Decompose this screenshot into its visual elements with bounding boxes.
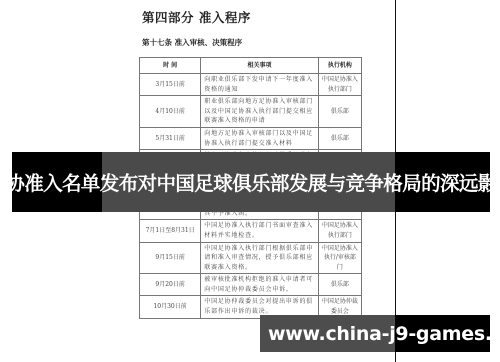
table-row: 7月1日至8月31日 中国足协准入执行部门书面审查准入材料并实地检查。 中国足协…	[140, 220, 362, 242]
part-title: 第四部分 准入程序	[142, 8, 251, 26]
table-row: 9月15日前 中国足协准入执行部门根据俱乐部申请和准入审查情况，授予俱乐部相应联…	[140, 242, 362, 274]
table-row: 5月31日前 向地方足协准入审核部门以及中国足协准入执行部门提交准入材料 俱乐部	[140, 127, 362, 149]
cell-agency: 中国足协准入执行部门	[318, 220, 361, 242]
watermark-url: www.china-j9-games.com	[268, 315, 500, 352]
cell-time: 9月15日前	[140, 242, 201, 274]
cell-matter: 被审核批准机构拒绝的准入申请者可向中国足协仲裁委员会申诉。	[201, 274, 319, 296]
cell-time: 4月10日前	[140, 96, 201, 128]
cell-time: 9月20日前	[140, 274, 201, 296]
table-row: 9月20日前 被审核批准机构拒绝的准入申请者可向中国足协仲裁委员会申诉。 俱乐部	[140, 274, 362, 296]
cell-matter: 职业俱乐部向地方足协准入审核部门以及中国足协准入执行部门提交相应联赛准入资格的申…	[201, 96, 319, 128]
cell-agency: 俱乐部	[318, 96, 361, 128]
cell-time: 5月31日前	[140, 127, 201, 149]
cell-matter: 中国足协准入执行部门根据俱乐部申请和准入审查情况，授予俱乐部相应联赛准入资格。	[201, 242, 319, 274]
cell-time: 3月15日前	[140, 74, 201, 96]
cell-matter: 向地方足协准入审核部门以及中国足协准入执行部门提交准入材料	[201, 127, 319, 149]
header-matter: 相关事项	[201, 58, 319, 74]
table-row: 3月15日前 向职业俱乐部下发申请下一年度准入资格的通知 中国足协准入执行部门	[140, 74, 362, 96]
cell-matter: 向职业俱乐部下发申请下一年度准入资格的通知	[201, 74, 319, 96]
cell-agency: 中国足协准入执行部门	[318, 74, 361, 96]
table-header-row: 时 间 相关事项 执行机构	[140, 58, 362, 74]
cell-agency: 俱乐部	[318, 127, 361, 149]
cell-matter: 中国足协准入执行部门书面审查准入材料并实地检查。	[201, 220, 319, 242]
cell-agency: 中国足协准入执行/审核部门	[318, 242, 361, 274]
cell-time: 7月1日至8月31日	[140, 220, 201, 242]
cell-time: 10月30日前	[140, 296, 201, 318]
header-agency: 执行机构	[318, 58, 361, 74]
cell-agency: 俱乐部	[318, 274, 361, 296]
header-time: 时 间	[140, 58, 201, 74]
headline-text: 足协准入名单发布对中国足球俱乐部发展与竞争格局的深远影响	[12, 152, 490, 212]
article-title: 第十七条 准入审核、决策程序	[142, 37, 242, 48]
table-row: 4月10日前 职业俱乐部向地方足协准入审核部门以及中国足协准入执行部门提交相应联…	[140, 96, 362, 128]
